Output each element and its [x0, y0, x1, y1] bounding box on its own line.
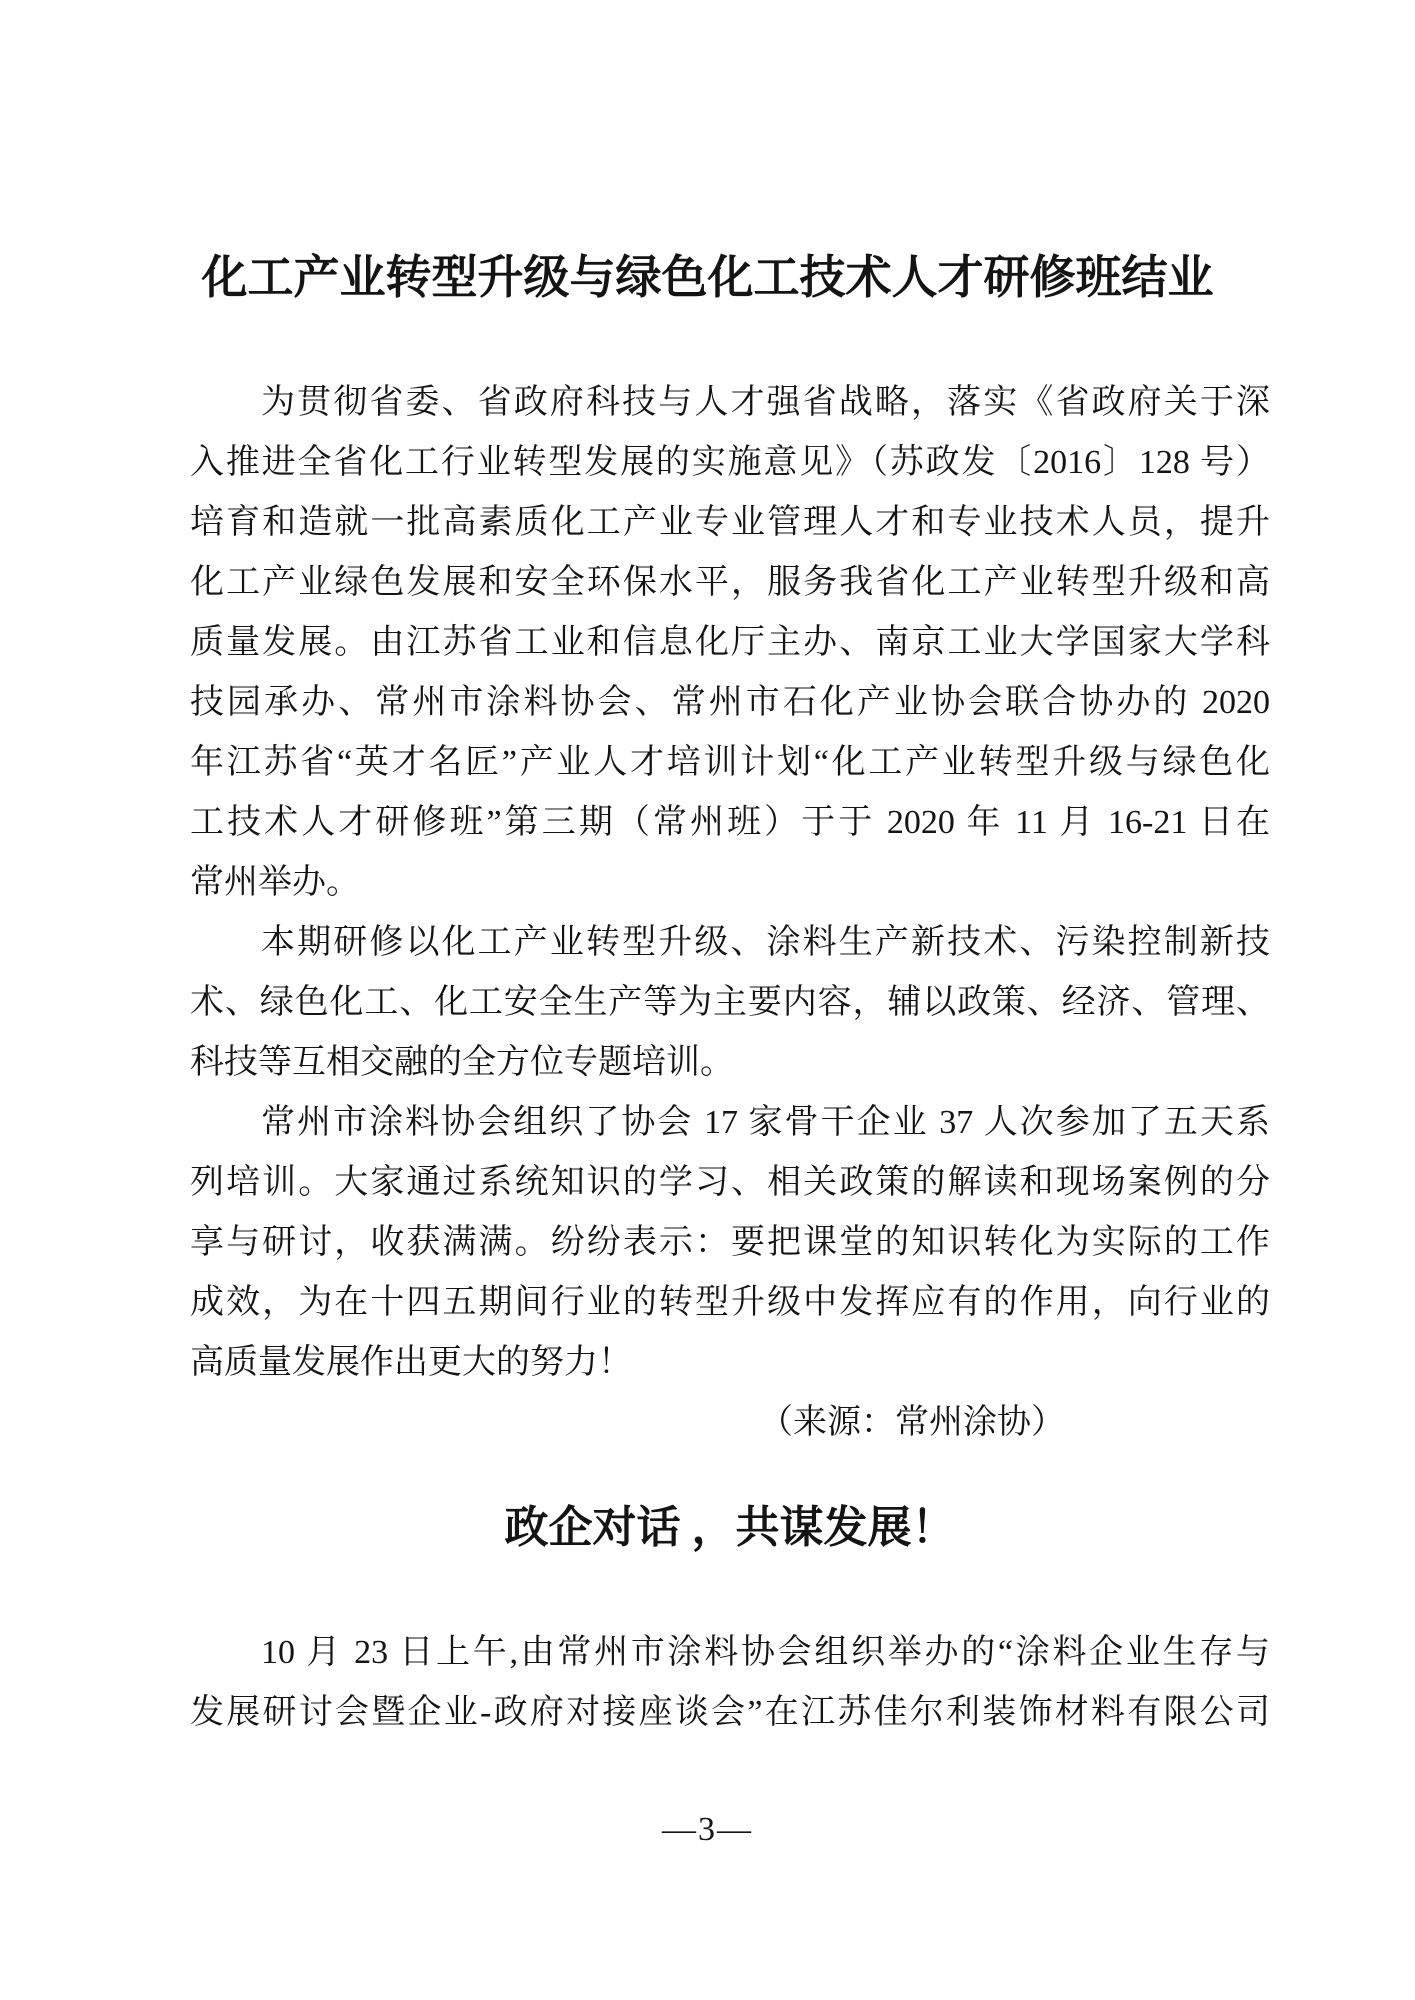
text-line: 成效，为在十四五期间行业的转型升级中发挥应有的作用，向行业的 — [190, 1273, 1270, 1333]
page-number: —3— — [0, 1810, 1415, 1850]
text-line: 科技等互相交融的全方位专题培训。 — [190, 1033, 1270, 1093]
text-line: 化工产业绿色发展和安全环保水平，服务我省化工产业转型升级和高 — [190, 553, 1270, 613]
text-line: 享与研讨，收获满满。纷纷表示：要把课堂的知识转化为实际的工作 — [190, 1213, 1270, 1273]
paragraph-4: 10 月 23 日上午,由常州市涂料协会组织举办的“涂料企业生存与发展研讨会暨企… — [190, 1623, 1270, 1743]
article-body: 为贯彻省委、省政府科技与人才强省战略，落实《省政府关于深入推进全省化工行业转型发… — [190, 373, 1270, 1743]
text-line: 发展研讨会暨企业-政府对接座谈会”在江苏佳尔利装饰材料有限公司 — [190, 1683, 1270, 1743]
text-line: 高质量发展作出更大的努力！ — [190, 1333, 1270, 1393]
text-line: 入推进全省化工行业转型发展的实施意见》（苏政发〔2016〕128 号） — [190, 433, 1270, 493]
paragraph-1: 为贯彻省委、省政府科技与人才强省战略，落实《省政府关于深入推进全省化工行业转型发… — [190, 373, 1270, 913]
article-title: 化工产业转型升级与绿色化工技术人才研修班结业 — [0, 0, 1415, 310]
paragraph-2: 本期研修以化工产业转型升级、涂料生产新技术、污染控制新技术、绿色化工、化工安全生… — [190, 913, 1270, 1093]
text-line: 常州市涂料协会组织了协会 17 家骨干企业 37 人次参加了五天系 — [190, 1093, 1270, 1153]
text-line: 为贯彻省委、省政府科技与人才强省战略，落实《省政府关于深 — [190, 373, 1270, 433]
paragraph-3: 常州市涂料协会组织了协会 17 家骨干企业 37 人次参加了五天系列培训。大家通… — [190, 1093, 1270, 1393]
text-line: 质量发展。由江苏省工业和信息化厅主办、南京工业大学国家大学科 — [190, 613, 1270, 673]
source-attribution: （来源：常州涂协） — [190, 1393, 1270, 1453]
section-heading: 政企对话 ，共谋发展！ — [190, 1498, 1270, 1558]
text-line: 术、绿色化工、化工安全生产等为主要内容，辅以政策、经济、管理、 — [190, 973, 1270, 1033]
text-line: 常州举办。 — [190, 853, 1270, 913]
document-page: 化工产业转型升级与绿色化工技术人才研修班结业 为贯彻省委、省政府科技与人才强省战… — [0, 0, 1415, 2000]
text-line: 培育和造就一批高素质化工产业专业管理人才和专业技术人员，提升 — [190, 493, 1270, 553]
text-line: 技园承办、常州市涂料协会、常州市石化产业协会联合协办的 2020 — [190, 673, 1270, 733]
text-line: 列培训。大家通过系统知识的学习、相关政策的解读和现场案例的分 — [190, 1153, 1270, 1213]
text-line: 本期研修以化工产业转型升级、涂料生产新技术、污染控制新技 — [190, 913, 1270, 973]
text-line: 10 月 23 日上午,由常州市涂料协会组织举办的“涂料企业生存与 — [190, 1623, 1270, 1683]
text-line: 年江苏省“英才名匠”产业人才培训计划“化工产业转型升级与绿色化 — [190, 733, 1270, 793]
text-line: 工技术人才研修班”第三期（常州班）于于 2020 年 11 月 16-21 日在 — [190, 793, 1270, 853]
